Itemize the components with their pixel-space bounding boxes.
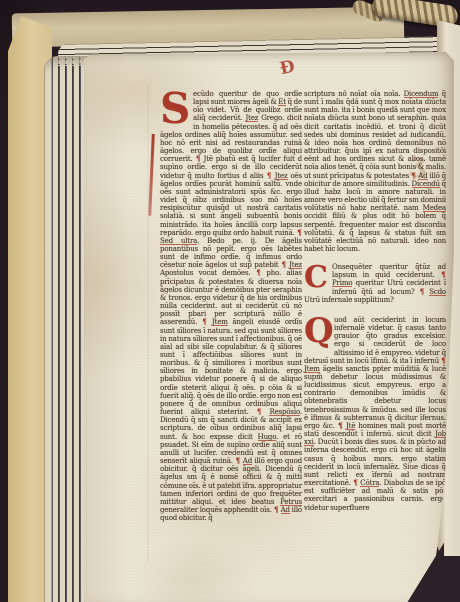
right-column-paragraph: scriptura nō noīat oīa noīa. Dicendum q̃… bbox=[304, 90, 446, 253]
page-crease bbox=[146, 82, 149, 562]
left-column-text: ecūdo queritur de quo ordīe lapsi sunt m… bbox=[160, 90, 302, 522]
drop-cap-q: Q bbox=[304, 317, 331, 350]
book-photo: Ɖ Ʒ S ecūdo queritur de quo ordīe lapsi … bbox=[0, 0, 460, 602]
right-text-column: scriptura nō noīat oīa noīa. Dicendum q̃… bbox=[304, 90, 446, 512]
answer-block: Q uod aūt ceciderint in locum infernalē … bbox=[304, 316, 446, 512]
question-block: C Onsequēter queritur q̃tūz ad lapsum in… bbox=[304, 263, 446, 304]
quire-mark: Ɖ bbox=[278, 59, 295, 79]
drop-cap-s-tail bbox=[148, 134, 155, 216]
right-paragraph-text: scriptura nō noīat oīa noīa. Dicendum q̃… bbox=[304, 90, 446, 253]
gutter-shadow-corner bbox=[440, 556, 460, 602]
book-page: Ɖ Ʒ S ecūdo queritur de quo ordīe lapsi … bbox=[84, 52, 454, 602]
drop-cap-c: C bbox=[304, 264, 329, 294]
left-text-column: S ecūdo queritur de quo ordīe lapsi sunt… bbox=[160, 90, 302, 522]
drop-cap-s: S bbox=[160, 91, 190, 129]
